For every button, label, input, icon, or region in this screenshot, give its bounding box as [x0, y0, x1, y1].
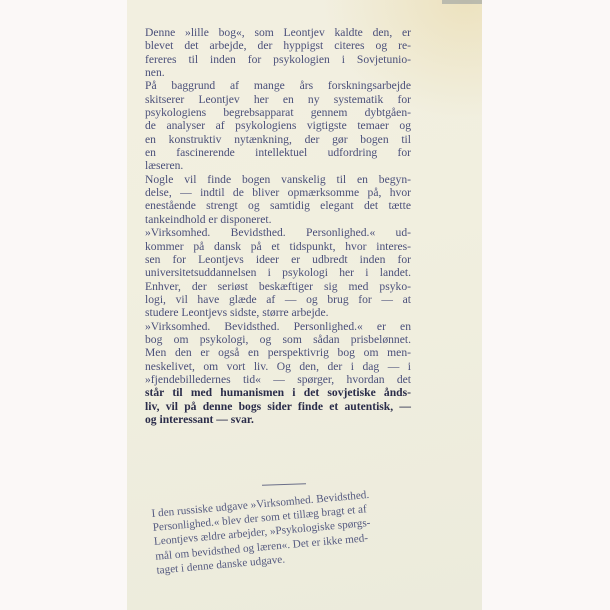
- footnote-text: I den russiske udgave »Virksomhed. Bevid…: [151, 484, 418, 578]
- text-line: »Virksomhed. Bevidsthed. Personlighed.« …: [145, 320, 411, 333]
- text-line: delse, — indtil de bliver opmærksomme på…: [145, 186, 411, 199]
- text-line: skitserer Leontjev her en ny systematik …: [145, 93, 411, 106]
- text-line: enestående strengt og samtidig elegant d…: [145, 199, 411, 212]
- back-cover-text: Denne »lille bog«, som Leontjev kaldte d…: [145, 26, 411, 426]
- page-corner-shadow: [442, 0, 482, 4]
- text-line: »Virksomhed. Bevidsthed. Personlighed.« …: [145, 226, 411, 239]
- text-line: bog om psykologi, og som sådan prisbeløn…: [145, 333, 411, 346]
- text-line: en fascinerende intellektuel udfordring …: [145, 146, 411, 159]
- text-line: tankeindhold er disponeret.: [145, 213, 411, 226]
- section-divider: [262, 483, 306, 486]
- text-line: blevet det arbejde, der hyppigst citeres…: [145, 39, 411, 52]
- text-line: »fjendebilledernes tid« — spørger, hvord…: [145, 373, 411, 386]
- text-line: fereres til inden for psykologien i Sovj…: [145, 53, 411, 66]
- text-line: På baggrund af mange års forskningsarbej…: [145, 79, 411, 92]
- text-line: neskelivet, om vort liv. Og den, der i d…: [145, 360, 411, 373]
- text-line: og interessant — svar.: [145, 413, 411, 426]
- text-line: psykologiens begrebsapparat gennem dybtg…: [145, 106, 411, 119]
- text-line: universitetsuddannelsen i psykologi her …: [145, 266, 411, 279]
- text-line: kommer på dansk på et tidspunkt, hvor in…: [145, 240, 411, 253]
- text-line: en konstruktiv nytænkning, der gør bogen…: [145, 133, 411, 146]
- text-line: logi, vil have glæde af — og brug for — …: [145, 293, 411, 306]
- text-line: Nogle vil finde bogen vanskelig til en b…: [145, 173, 411, 186]
- text-line: Men den er også en perspektivrig bog om …: [145, 346, 411, 359]
- text-line: de analyser af psykologiens vigtigste te…: [145, 119, 411, 132]
- text-line: studere Leontjevs sidste, større arbejde…: [145, 306, 411, 319]
- text-line: Denne »lille bog«, som Leontjev kaldte d…: [145, 26, 411, 39]
- text-line: nen.: [145, 66, 411, 79]
- text-line: sen for Leontjevs ideer er udbredt inden…: [145, 253, 411, 266]
- text-line: Enhver, der seriøst beskæftiger sig med …: [145, 280, 411, 293]
- text-line: læseren.: [145, 159, 411, 172]
- book-page: Denne »lille bog«, som Leontjev kaldte d…: [127, 0, 482, 610]
- text-line: står til med humanismen i det sovjetiske…: [145, 386, 411, 399]
- text-line: liv, vil på denne bogs sider finde et au…: [145, 400, 411, 413]
